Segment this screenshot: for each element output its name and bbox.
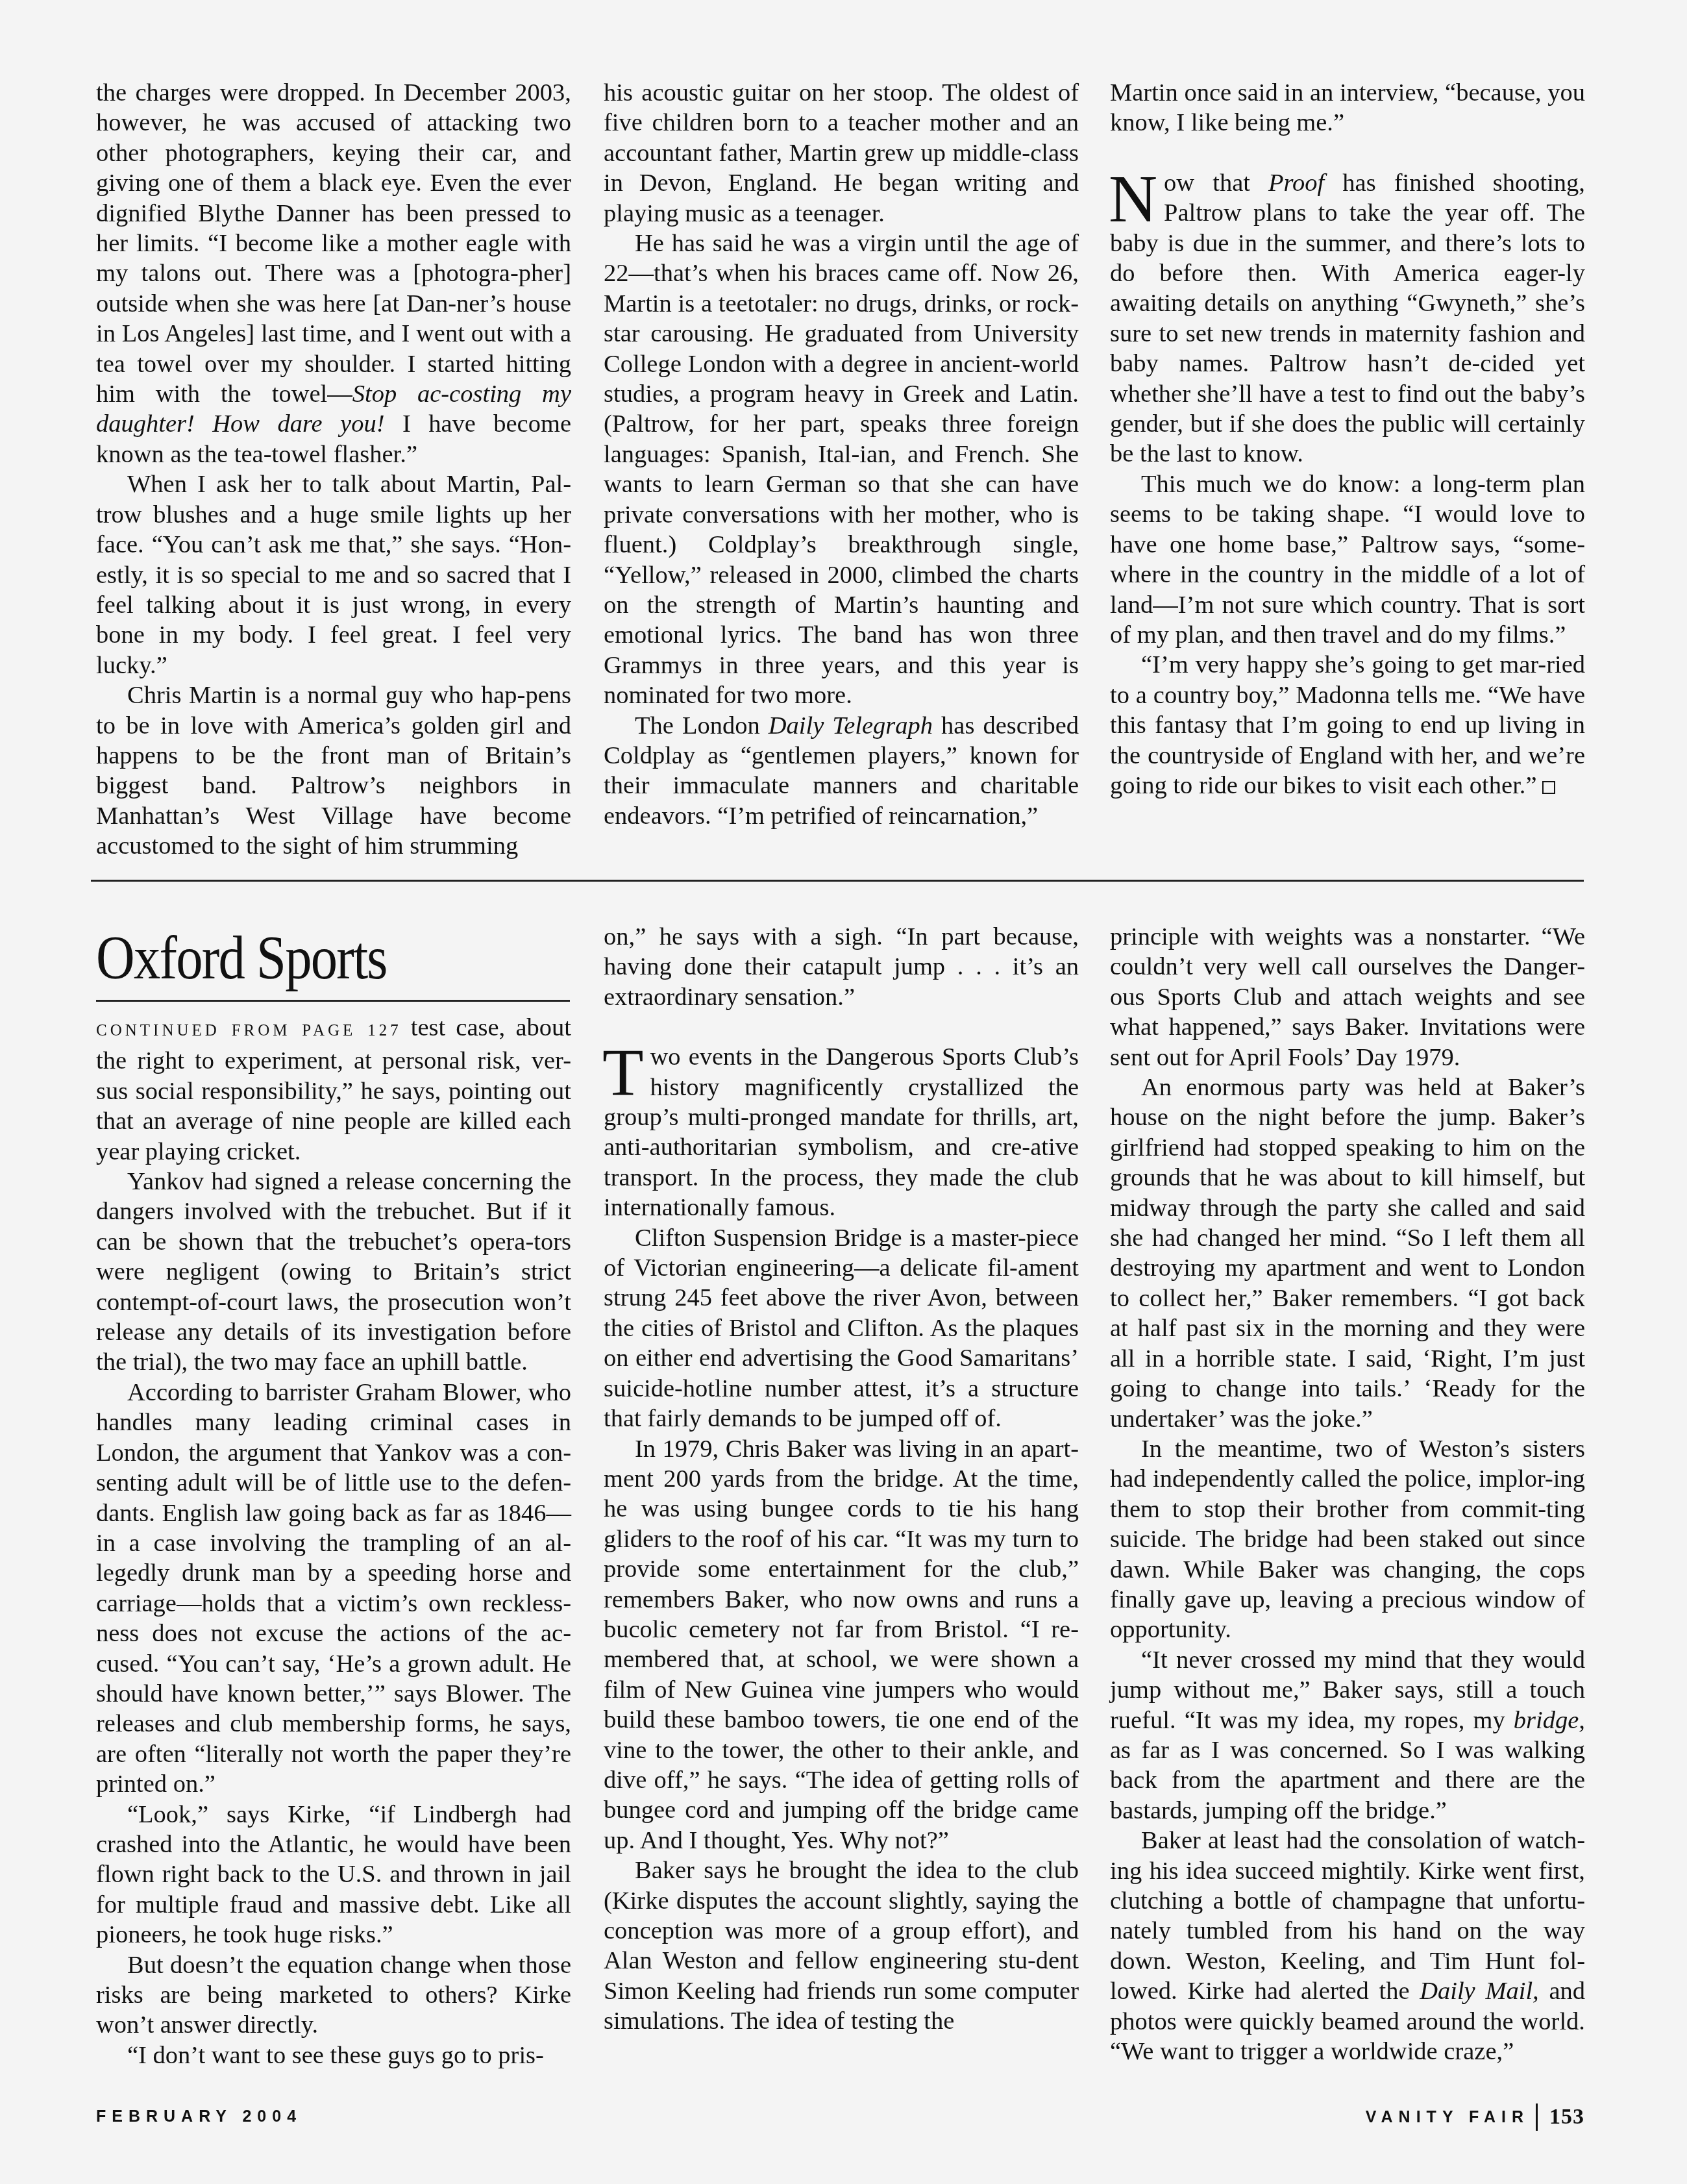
paragraph: Clifton Suspension Bridge is a master-pi… [604,1223,1079,1434]
paragraph-text: the charges were dropped. In December 20… [96,79,571,408]
italic-emphasis: bridge, [1514,1707,1585,1734]
end-of-article-mark-icon [1542,781,1555,794]
paragraph: An enormous party was held at Baker’s ho… [1110,1073,1585,1434]
paragraph: his acoustic guitar on her stoop. The ol… [604,78,1079,229]
paragraph-text: ow that [1164,169,1268,197]
paragraph: When I ask her to talk about Martin, Pal… [96,469,571,680]
top-article-column-1: the charges were dropped. In December 20… [96,78,571,862]
issue-date: FEBRUARY 2004 [96,2107,302,2126]
paragraph: Martin once said in an interview, “becau… [1110,78,1585,138]
publication-name: Daily Telegraph [769,712,933,739]
paragraph: But doesn’t the equation change when tho… [96,1950,571,2041]
title-underline-rule [96,1000,570,1002]
continued-from-label: CONTINUED FROM PAGE 127 [96,1022,402,1039]
paragraph: In 1979, Chris Baker was living in an ap… [604,1434,1079,1856]
paragraph: CONTINUED FROM PAGE 127test case, about … [96,1013,571,1167]
paragraph: This much we do know: a long-term plan s… [1110,469,1585,650]
section-title: Oxford Sports [96,922,504,993]
drop-cap: T [602,1046,644,1100]
paragraph: He has said he was a virgin until the ag… [604,229,1079,711]
magazine-name: VANITY FAIR [1366,2108,1529,2127]
paragraph: “Look,” says Kirke, “if Lindbergh had cr… [96,1800,571,1950]
paragraph: on,” he says with a sigh. “In part becau… [604,922,1079,1012]
paragraph: Now that Proof has finished shooting, Pa… [1110,168,1585,469]
paragraph: “It never crossed my mind that they woul… [1110,1645,1585,1826]
page-number: 153 [1549,2105,1584,2129]
paragraph: “I don’t want to see these guys go to pr… [96,2041,571,2070]
paragraph: the charges were dropped. In December 20… [96,78,571,469]
paragraph: principle with weights was a nonstarter.… [1110,922,1585,1073]
top-article-column-2: his acoustic guitar on her stoop. The ol… [604,78,1079,831]
paragraph: Baker at least had the consolation of wa… [1110,1826,1585,2066]
paragraph: Yankov had signed a release concerning t… [96,1167,571,1378]
drop-cap: N [1109,172,1157,227]
bottom-article-column-2: on,” he says with a sigh. “In part becau… [604,922,1079,2037]
top-article-column-3: Martin once said in an interview, “becau… [1110,78,1585,800]
page-folio: VANITY FAIR 153 [1366,2103,1584,2131]
paragraph: According to barrister Graham Blower, wh… [96,1378,571,1800]
paragraph: “I’m very happy she’s going to get mar-r… [1110,650,1585,800]
paragraph: Chris Martin is a normal guy who hap-pen… [96,680,571,861]
film-title: Proof [1268,169,1324,197]
paragraph: The London Daily Telegraph has described… [604,711,1079,832]
section-divider-rule [91,880,1584,882]
paragraph: Baker says he brought the idea to the cl… [604,1855,1079,2036]
publication-name: Daily Mail, [1420,1978,1539,2005]
paragraph-text: has finished shooting, Paltrow plans to … [1110,169,1585,468]
paragraph-text: as far as I was concerned. So I was walk… [1110,1737,1585,1824]
paragraph-text: wo events in the Dangerous Sports Club’s… [604,1043,1079,1221]
paragraph-text: The London [635,712,769,739]
paragraph: In the meantime, two of Weston’s sisters… [1110,1434,1585,1645]
paragraph: Two events in the Dangerous Sports Club’… [604,1042,1079,1222]
bottom-article-column-1: CONTINUED FROM PAGE 127test case, about … [96,1013,571,2070]
folio-separator [1536,2103,1538,2131]
bottom-article-column-3: principle with weights was a nonstarter.… [1110,922,1585,2066]
paragraph-text: “I’m very happy she’s going to get mar-r… [1110,651,1585,799]
